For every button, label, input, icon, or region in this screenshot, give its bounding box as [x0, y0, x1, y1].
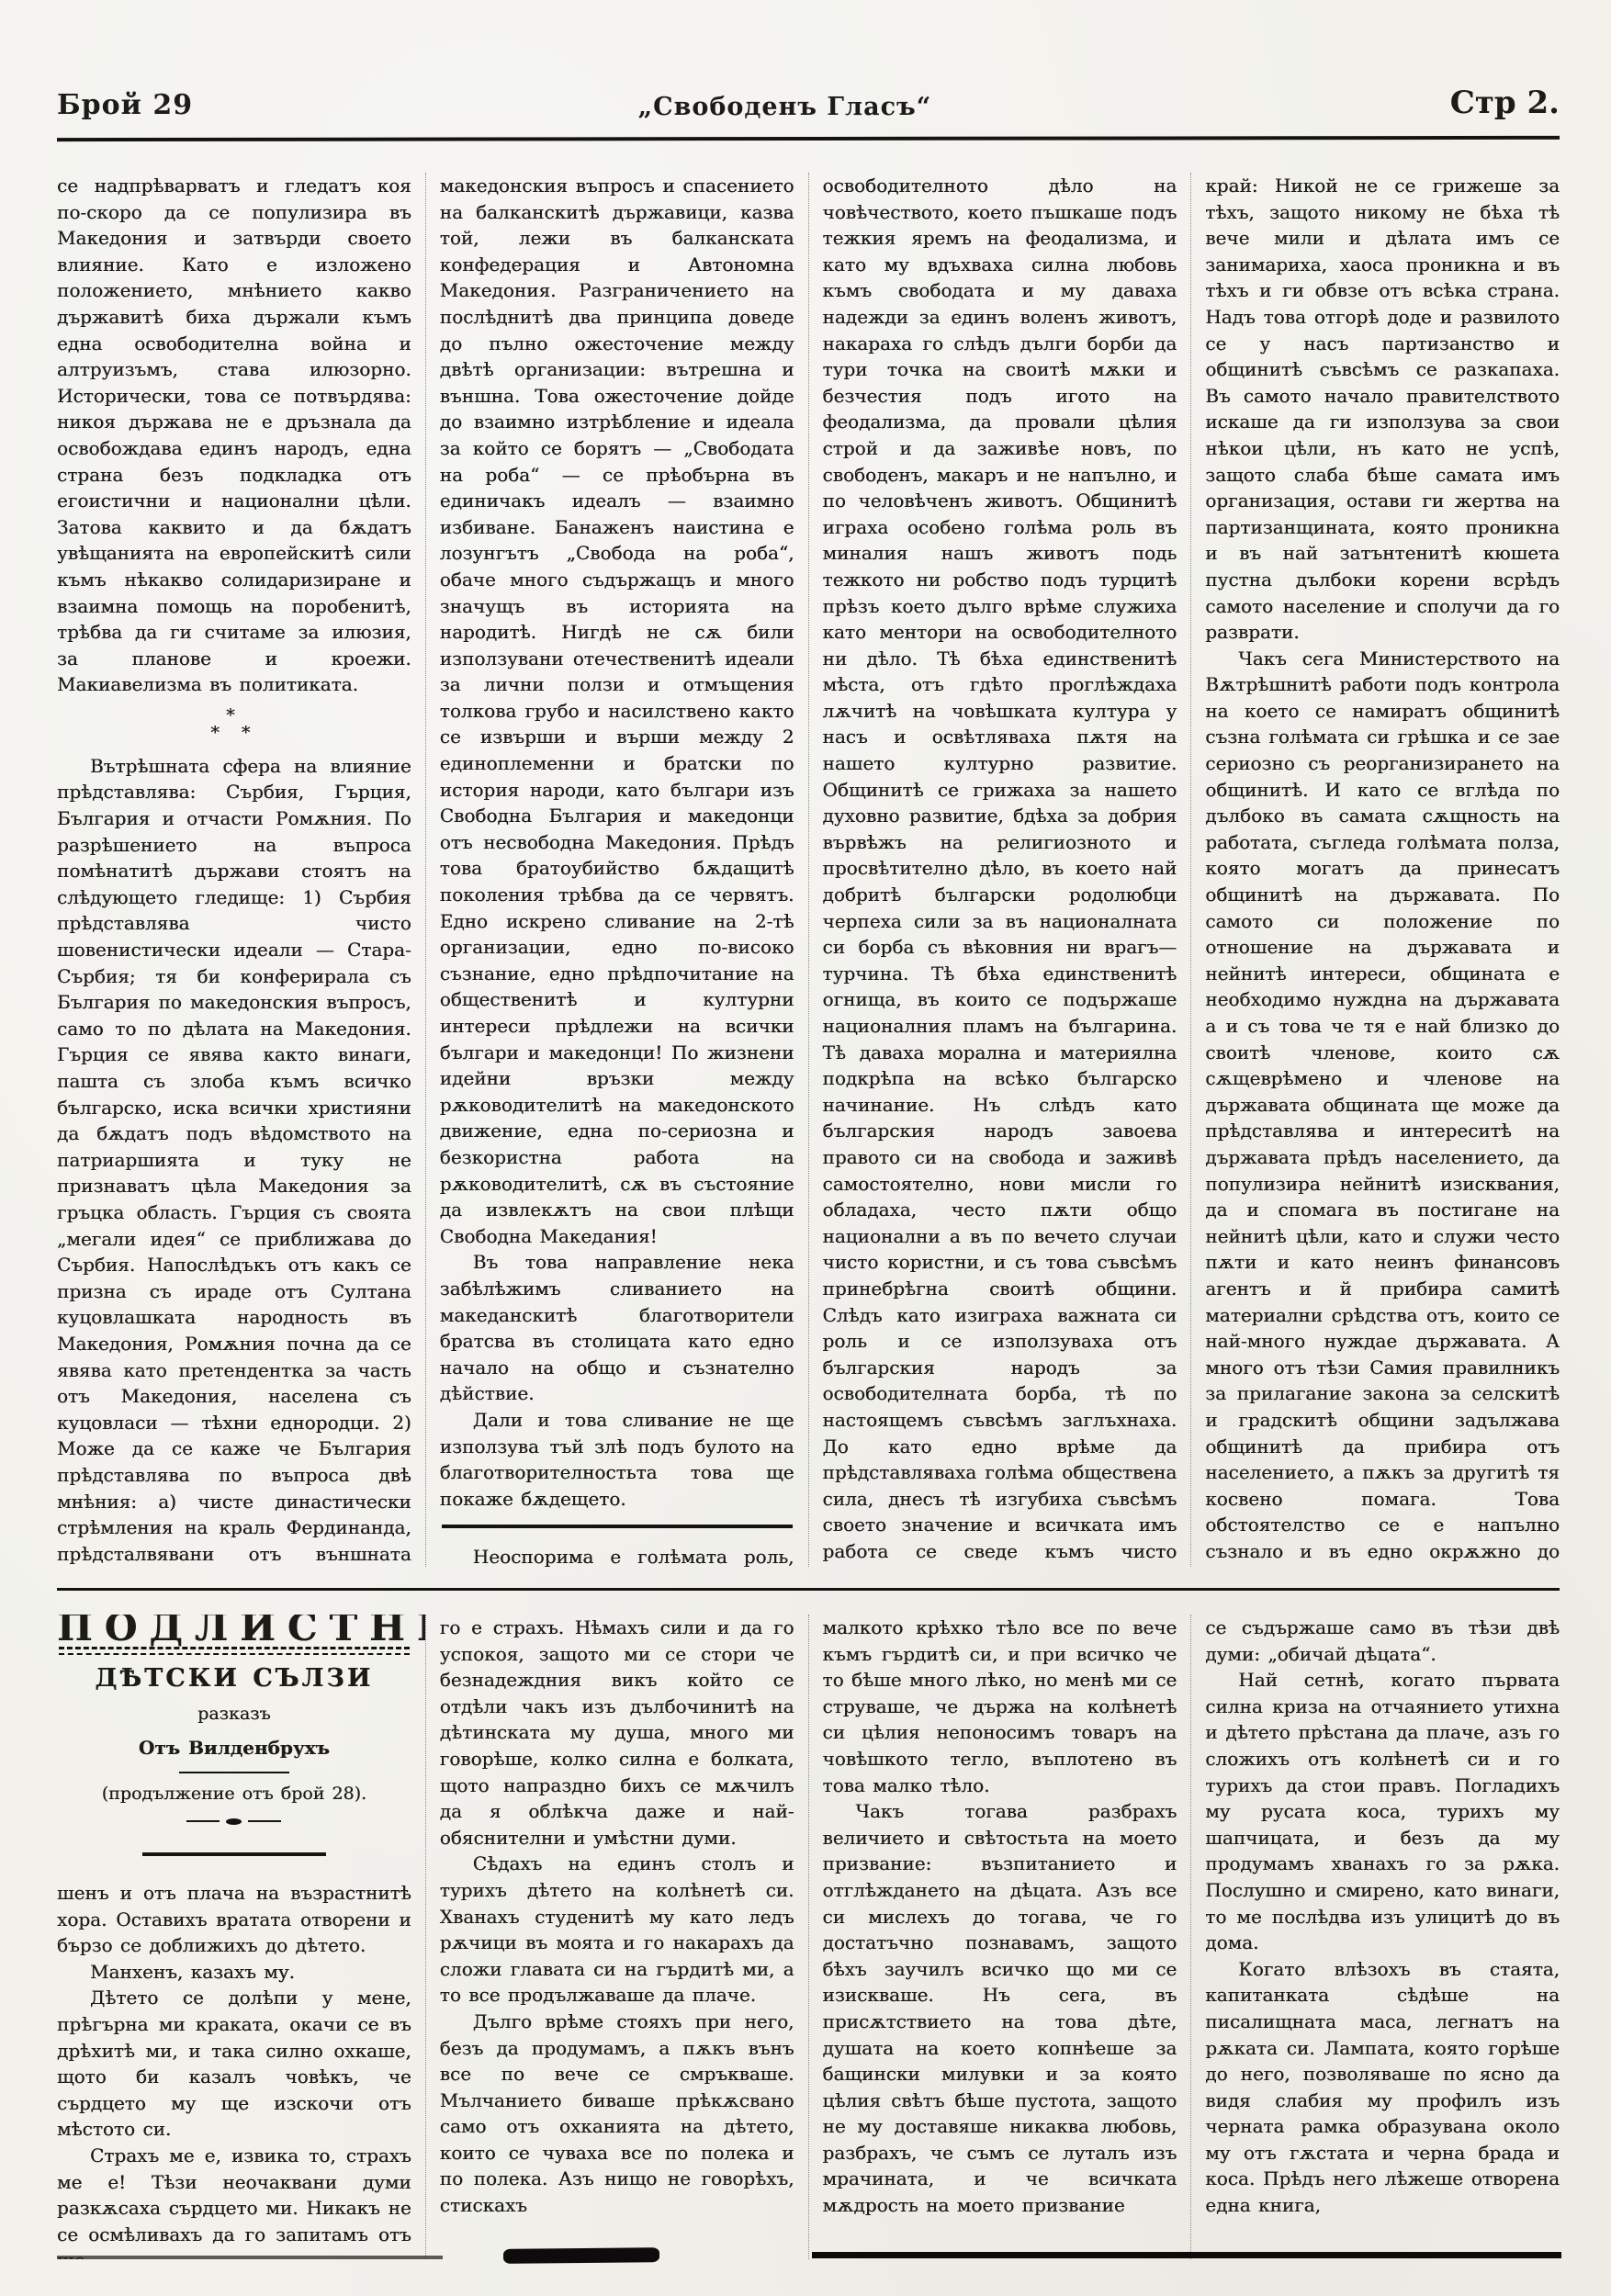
- scan-artifact: [57, 2256, 443, 2259]
- paragraph: Когато влѣзохъ въ стаята, капитанката сѣ…: [1205, 1956, 1560, 2219]
- story-start-rule: [142, 1852, 326, 1856]
- column-rule: [442, 1525, 793, 1528]
- paragraph: Страхъ ме е, извика то, страхъ ме е! Тѣз…: [57, 2143, 411, 2259]
- paragraph: Сѣдахъ на единъ столъ и турихъ дѣтето на…: [440, 1851, 794, 2009]
- paragraph: Вътрѣшната сфера на влияние прѣдставлява…: [57, 753, 411, 1567]
- header-rule: [57, 136, 1560, 141]
- paragraph: Най сетнѣ, когато първата силна криза на…: [1205, 1667, 1560, 1956]
- main-column-1: се надпрѣварватъ и гледатъ коя по-скоро …: [57, 173, 425, 1567]
- paragraph: Неоспорима е голѣмата роль, която сѫ игр…: [440, 1544, 794, 1567]
- feuilleton-top-rule: [57, 1588, 1560, 1591]
- paragraph: Чакъ тогава разбрахъ величието и свѣтост…: [823, 1798, 1177, 2219]
- scan-artifact: [503, 2247, 659, 2264]
- stars-divider: * * *: [57, 707, 411, 742]
- paragraph: край: Никой не се грижеше за тѣхъ, защот…: [1205, 173, 1560, 646]
- paragraph: се съдържаше само въ тѣзи двѣ думи: „оби…: [1205, 1615, 1560, 1667]
- page-header: Брой 29 „Свободенъ Гласъ“ Стр 2.: [57, 84, 1560, 121]
- feuilleton-column-4: се съдържаше само въ тѣзи двѣ думи: „оби…: [1190, 1615, 1560, 2259]
- feuilleton-column-3: малкото крѣхко тѣло все по вече къмъ гър…: [808, 1615, 1191, 2259]
- paragraph: Чакъ сега Министерството на Вѫтрѣшнитѣ р…: [1205, 646, 1560, 1567]
- continuation-note: (продължение отъ брой 28).: [57, 1781, 411, 1807]
- feuilleton-column-2: го е страхъ. Нѣмахъ сили и да го успокоя…: [425, 1615, 808, 2259]
- scan-artifact: [812, 2252, 1561, 2258]
- story-subtitle: разказъ: [57, 1701, 411, 1728]
- page-number: Стр 2.: [1450, 84, 1560, 121]
- paragraph: Дѣтето се долѣпи у мене, прѣгърна ми кра…: [57, 1985, 411, 2143]
- feuilleton-body-1: шенъ и отъ плача на възрастнитѣ хора. Ос…: [57, 1880, 411, 2259]
- main-section: се надпрѣварватъ и гледатъ коя по-скоро …: [57, 173, 1560, 1567]
- paragraph: Дали и това сливание не ще използува тъй…: [440, 1407, 794, 1512]
- paragraph: македонския въпросъ и спасението на балк…: [440, 173, 794, 1249]
- paragraph: го е страхъ. Нѣмахъ сили и да го успокоя…: [440, 1615, 794, 1851]
- byline-rule: [179, 1772, 289, 1773]
- paragraph: се надпрѣварватъ и гледатъ коя по-скоро …: [57, 173, 411, 698]
- dot-rule: [165, 1818, 303, 1825]
- paragraph: Дълго врѣме стояхъ при него, безъ да про…: [440, 2009, 794, 2219]
- story-byline: Отъ Вилденбрухъ: [57, 1735, 411, 1761]
- paragraph: малкото крѣхко тѣло все по вече къмъ гър…: [823, 1615, 1177, 1798]
- feuilleton-section-title: ПОДЛИСТНИКЪ: [57, 1615, 411, 1641]
- issue-number: Брой 29: [57, 89, 193, 121]
- paragraph: шенъ и отъ плача на възрастнитѣ хора. Ос…: [57, 1880, 411, 1959]
- main-column-2: македонския въпросъ и спасението на балк…: [425, 173, 808, 1567]
- paragraph: Въ това направление нека забѣлѣжимъ слив…: [440, 1249, 794, 1407]
- feuilleton-column-1: ПОДЛИСТНИКЪ ДѢТСКИ СЪЛЗИ разказъ Отъ Вил…: [57, 1615, 425, 2259]
- newspaper-page: Брой 29 „Свободенъ Гласъ“ Стр 2. се надп…: [0, 0, 1611, 2296]
- main-column-4: край: Никой не се грижеше за тѣхъ, защот…: [1190, 173, 1560, 1567]
- story-title: ДѢТСКИ СЪЛЗИ: [57, 1666, 411, 1693]
- masthead-title: „Свободенъ Гласъ“: [638, 93, 932, 121]
- feuilleton-section: ПОДЛИСТНИКЪ ДѢТСКИ СЪЛЗИ разказъ Отъ Вил…: [57, 1615, 1560, 2259]
- main-column-3: освободителното дѣло на човѣчеството, ко…: [808, 173, 1191, 1567]
- paragraph: Манхенъ, казахъ му.: [57, 1959, 411, 1986]
- feuilleton-header: ПОДЛИСТНИКЪ ДѢТСКИ СЪЛЗИ разказъ Отъ Вил…: [57, 1615, 411, 1856]
- paragraph: освободителното дѣло на човѣчеството, ко…: [823, 173, 1177, 1567]
